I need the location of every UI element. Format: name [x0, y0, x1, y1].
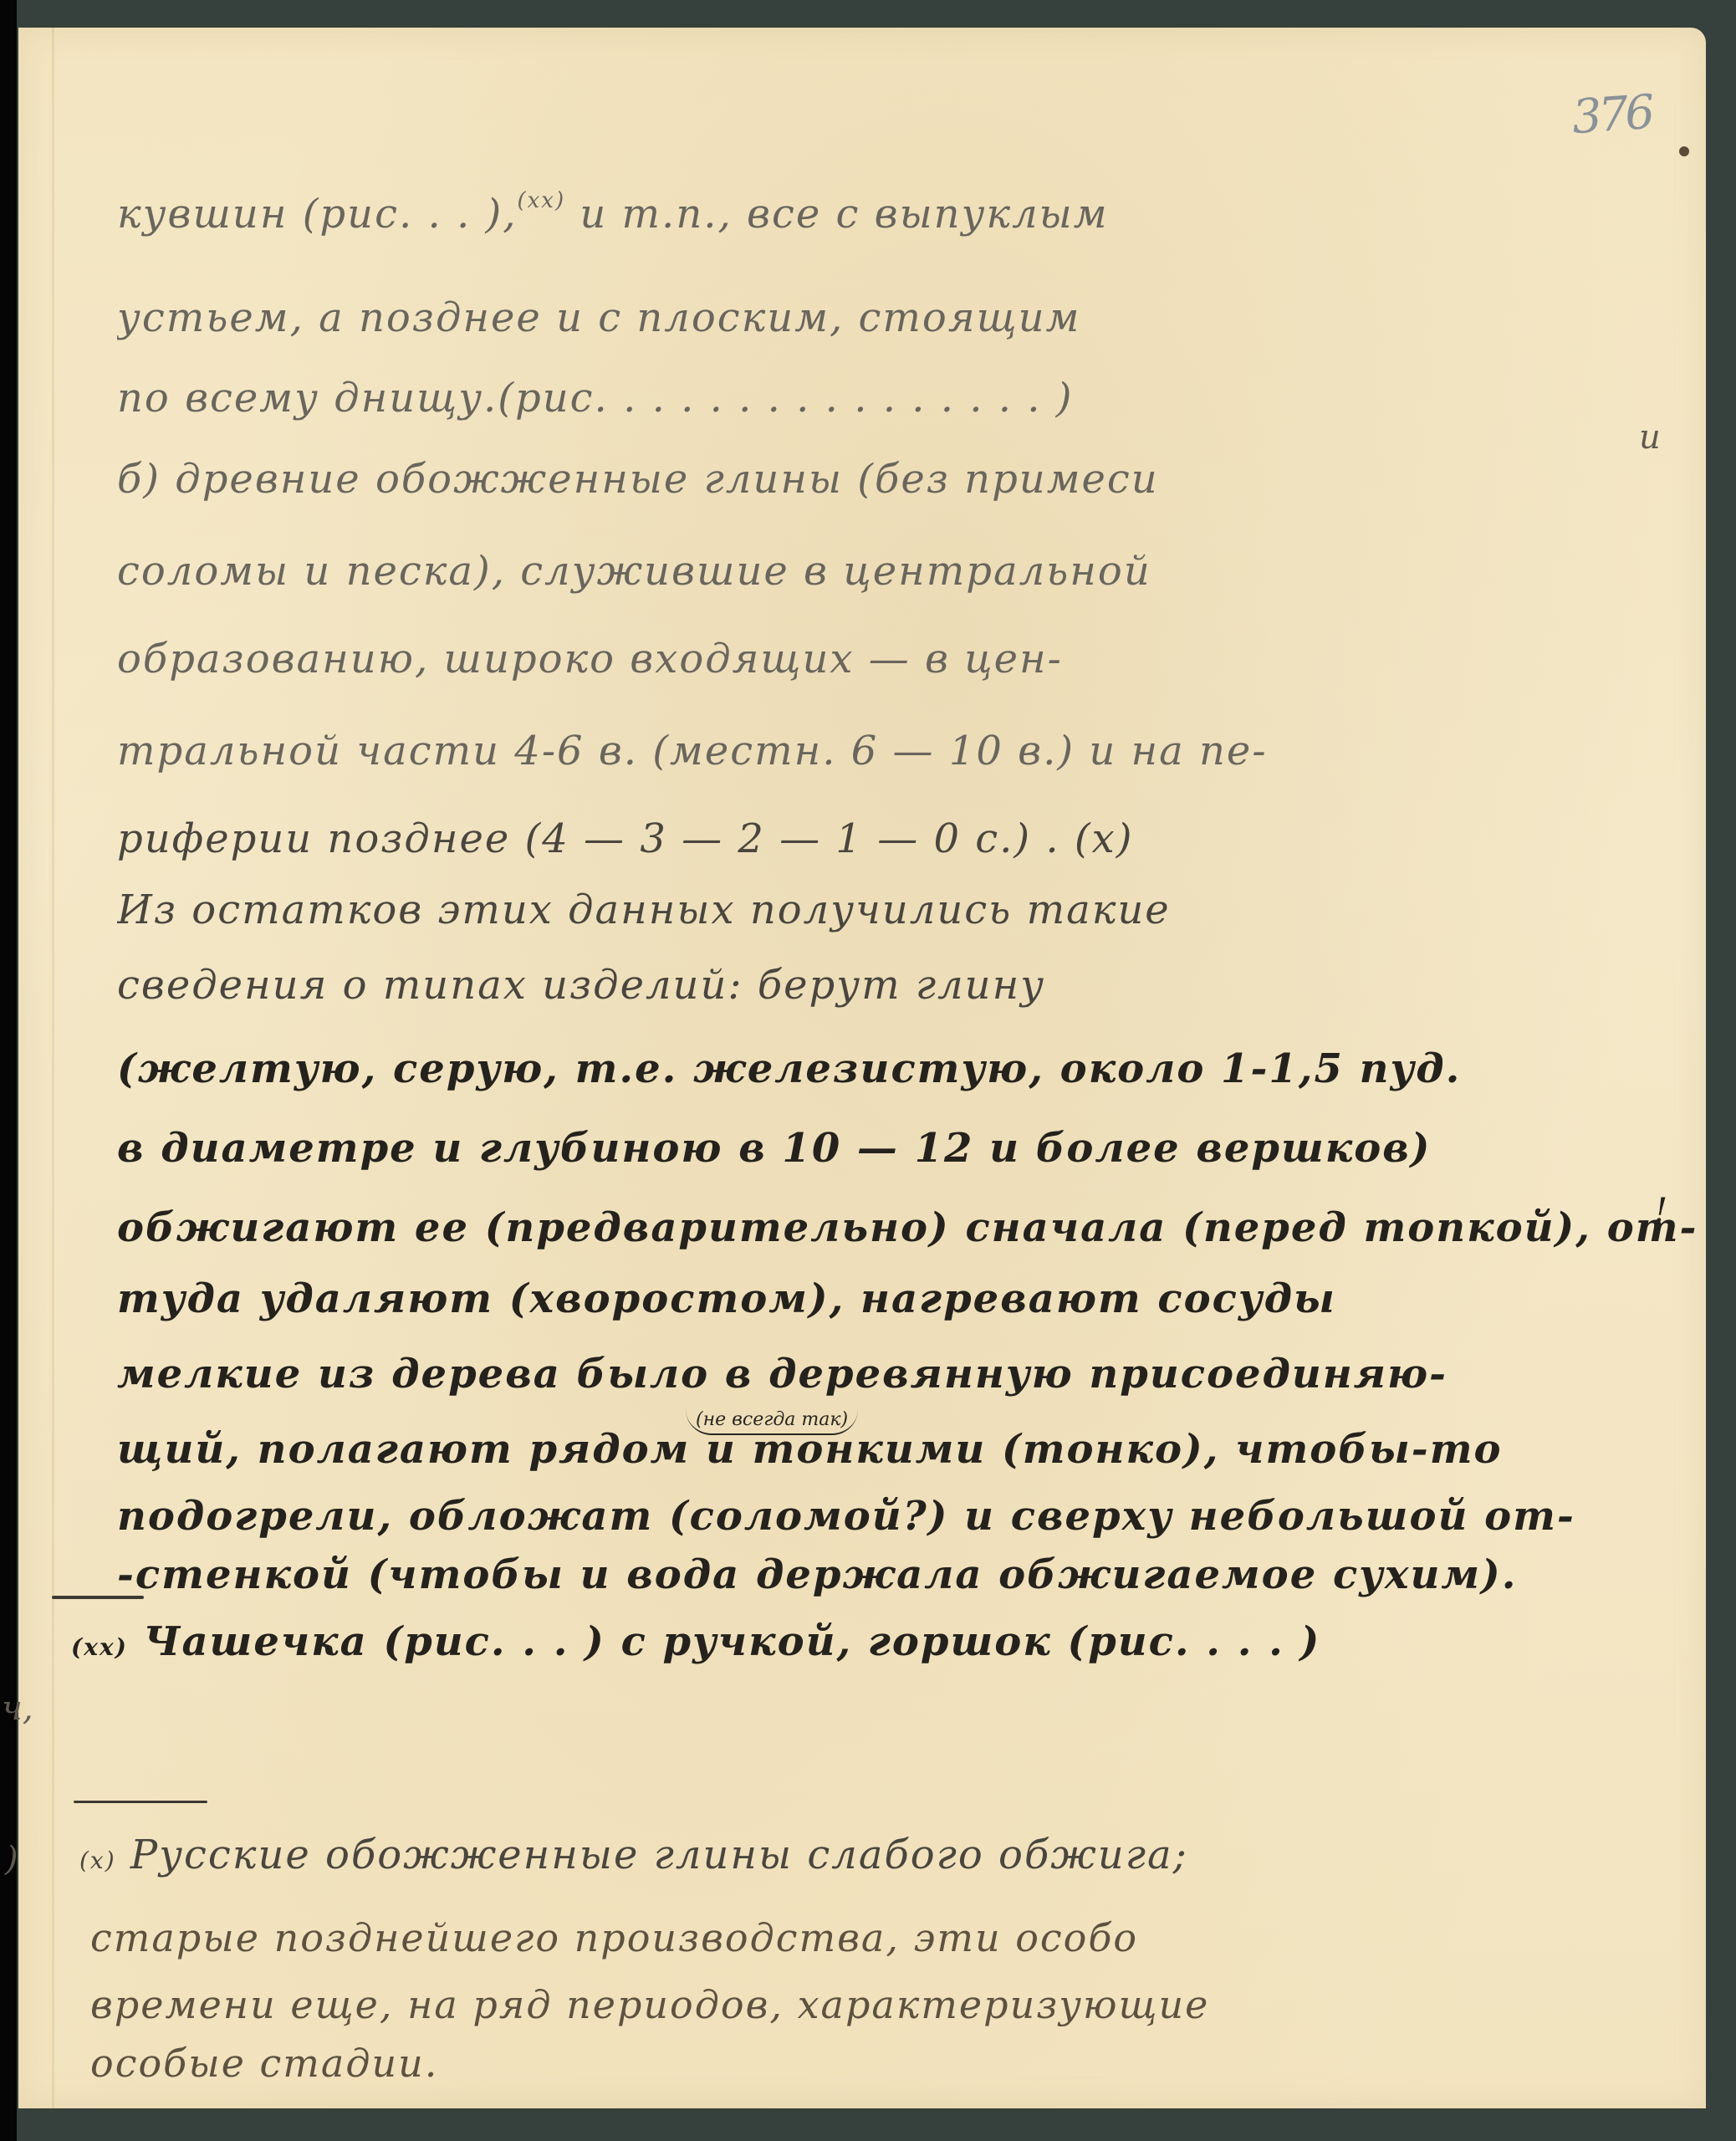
line-text: щий, полагают рядом и тонкими (тонко), ч…	[117, 1426, 1503, 1473]
line-text: риферии позднее (4 — 3 — 2 — 1 — 0 с.) .	[117, 815, 1060, 862]
footnote-x-line-3: времени еще, на ряд периодов, характериз…	[90, 1982, 1703, 2027]
line-text: Из остатков этих данных получились такие	[117, 887, 1171, 933]
footnote-marker: (x)	[79, 1847, 116, 1874]
line-text: туда удаляют (хворостом), нагревают сосу…	[117, 1275, 1336, 1322]
line-text: -стенкой (чтобы и вода держала обжигаемо…	[117, 1551, 1517, 1598]
body-line-4: б) древние обожженные глины (без примеси	[117, 456, 1703, 503]
body-line-1: кувшин (рис. . . ),(xx) и т.п., все с вы…	[117, 188, 1703, 238]
footnote-xx: (xx) Чашечка (рис. . . ) с ручкой, горшо…	[71, 1618, 1703, 1665]
line-text: (желтую, серую, т.е. железистую, около 1…	[117, 1045, 1461, 1092]
body-line-7: тральной части 4-6 в. (местн. 6 — 10 в.)…	[117, 728, 1703, 774]
footnote-x-line-1: (x) Русские обожженные глины слабого обж…	[79, 1832, 1703, 1878]
line-text: соломы и песка), служившие в центральной	[117, 548, 1151, 595]
body-line-14: туда удаляют (хворостом), нагревают сосу…	[117, 1275, 1703, 1322]
body-line-15: мелкие из дерева было в деревянную присо…	[117, 1351, 1703, 1398]
body-line-11: (желтую, серую, т.е. железистую, около 1…	[117, 1045, 1703, 1092]
line-text: мелкие из дерева было в деревянную присо…	[117, 1351, 1448, 1398]
body-line-5: соломы и песка), служившие в центральной	[117, 548, 1703, 595]
line-text: обжигают ее (предварительно) сначала (пе…	[117, 1204, 1698, 1251]
paper-fold-line	[52, 28, 54, 2108]
footnote-marker: (xx)	[71, 1633, 128, 1661]
line-text-tail: и т.п., все с выпуклым	[565, 191, 1108, 238]
exclamation-mark: !	[1654, 1192, 1667, 1230]
footnote-text: особые стадии.	[90, 2041, 438, 2086]
footnote-text: Русские обожженные глины слабого обжига;	[130, 1832, 1188, 1878]
body-line-2: устьем, а позднее и с плоским, стоящим	[117, 294, 1703, 341]
footnote-text: Чашечка (рис. . . ) с ручкой, горшок (ри…	[144, 1618, 1321, 1665]
body-line-6: образованию, широко входящих — в цен-	[117, 636, 1703, 682]
line-text: б) древние обожженные глины (без примеси	[117, 456, 1159, 503]
line-end-mark: и	[1639, 418, 1661, 457]
body-line-18: -стенкой (чтобы и вода держала обжигаемо…	[117, 1551, 1703, 1598]
line-text: тральной части 4-6 в. (местн. 6 — 10 в.)…	[117, 728, 1268, 774]
body-line-17: подогрели, обложат (соломой?) и сверху н…	[117, 1493, 1703, 1540]
footnote-ref-x: (x)	[1075, 815, 1134, 862]
footnote-separator-short	[52, 1596, 144, 1599]
scanner-left-edge	[0, 0, 17, 2141]
margin-mark-2: )	[5, 1840, 18, 1878]
body-line-10: сведения о типах изделий: берут глину	[117, 962, 1703, 1009]
body-line-13: обжигают ее (предварительно) сначала (пе…	[117, 1204, 1703, 1251]
body-line-16: щий, полагают рядом и тонкими (тонко), ч…	[117, 1426, 1703, 1473]
line-text: в диаметре и глубиною в 10 — 12 и более …	[117, 1125, 1432, 1172]
line-text: образованию, широко входящих — в цен-	[117, 636, 1063, 682]
footnote-x-line-2: старые позднейшего производства, эти осо…	[90, 1915, 1703, 1960]
line-text: сведения о типах изделий: берут глину	[117, 962, 1045, 1009]
footnote-separator	[74, 1801, 207, 1803]
body-line-3: по всему днищу.(рис. . . . . . . . . . .…	[117, 375, 1703, 422]
page-number: 376	[1570, 85, 1653, 145]
margin-mark-1: ч,	[2, 1689, 33, 1728]
line-text: подогрели, обложат (соломой?) и сверху н…	[117, 1493, 1575, 1540]
ink-spot	[1679, 146, 1689, 156]
body-line-8: риферии позднее (4 — 3 — 2 — 1 — 0 с.) .…	[117, 815, 1703, 862]
footnote-x-line-4: особые стадии.	[90, 2041, 1703, 2086]
line-text: кувшин (рис. . . ),	[117, 191, 517, 238]
footnote-text: старые позднейшего производства, эти осо…	[90, 1915, 1138, 1960]
body-line-9: Из остатков этих данных получились такие	[117, 887, 1703, 933]
body-line-12: в диаметре и глубиною в 10 — 12 и более …	[117, 1125, 1703, 1172]
line-text: устьем, а позднее и с плоским, стоящим	[117, 294, 1080, 341]
footnote-ref-xx: (xx)	[517, 188, 565, 213]
footnote-text: времени еще, на ряд периодов, характериз…	[90, 1982, 1209, 2027]
line-text: по всему днищу.(рис. . . . . . . . . . .…	[117, 375, 1074, 422]
